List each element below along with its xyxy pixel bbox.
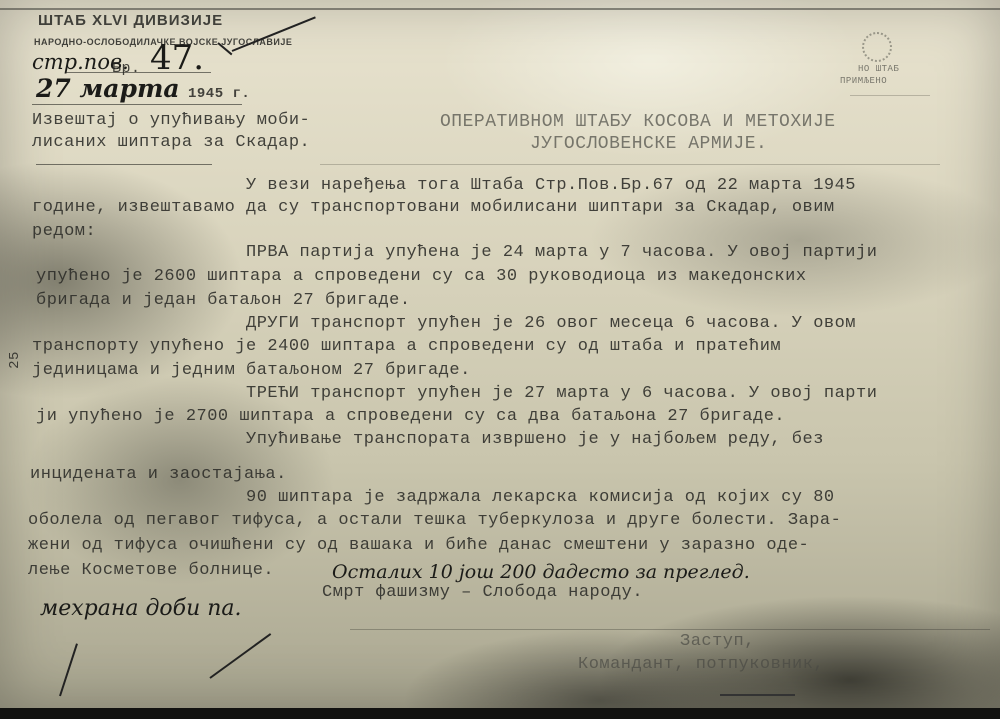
addressee-line-2: ЈУГОСЛОВЕНСКЕ АРМИЈЕ. (530, 134, 767, 154)
closing-slogan: Смрт фашизму – Слобода народу. (322, 583, 643, 602)
margin-number: 25 (7, 351, 23, 369)
body-line-17: лење Косметове болнице. (28, 561, 274, 580)
divider-left (36, 164, 212, 165)
image-bottom-edge (0, 708, 1000, 719)
stamp-seal (862, 32, 892, 62)
closing-salutation: Заступ, (680, 632, 755, 651)
document-page: ШТАБ XLVI ДИВИЗИЈЕ НАРОДНО-ОСЛОБОДИЛАЧКЕ… (0, 0, 1000, 708)
body-line-11: ји упућено је 2700 шиптара а спроведени … (36, 407, 785, 426)
stamp-underline (850, 95, 930, 96)
body-line-10: ТРЕЋИ транспорт упућен је 27 марта у 6 ч… (246, 384, 877, 403)
body-line-7: ДРУГИ транспорт упућен је 26 овог месеца… (246, 314, 856, 333)
handwritten-note-line-2: мехрана доби па. (40, 596, 242, 621)
body-line-5: упућено је 2600 шиптара а спроведени су … (36, 267, 807, 286)
divider-right (320, 164, 940, 165)
org-line-1: ШТАБ XLVI ДИВИЗИЈЕ (38, 12, 223, 29)
body-line-2: године, извештавамо да су транспортовани… (32, 198, 835, 217)
closing-divider (350, 629, 990, 630)
date-underline (32, 104, 242, 105)
top-rule (0, 8, 1000, 10)
subject-line-2: лисаних шиптара за Скадар. (32, 133, 310, 152)
pen-stroke-1 (59, 643, 78, 696)
handwritten-note-line-1: Осталих 10 још 200 дадесто за преглед. (332, 561, 750, 583)
signature-stroke (720, 694, 795, 696)
signature-title: Командант, потпуковник, (578, 655, 824, 674)
pen-stroke-2 (209, 633, 271, 679)
stamp-line-2: ПРИМЉЕНО (840, 76, 887, 86)
body-line-13: инцидената и заостајања. (30, 465, 287, 484)
stamp-line-1: НО ШТАБ (858, 64, 899, 74)
subject-line-1: Извештај о упућивању моби- (32, 111, 310, 130)
addressee-line-1: ОПЕРАТИВНОМ ШТАБУ КОСОВА И МЕТОХИЈЕ (440, 112, 836, 132)
body-line-3: редом: (32, 222, 96, 241)
body-line-16: жени од тифуса очишћени су од вашака и б… (28, 536, 809, 555)
date-handwritten: 27 марта (36, 74, 180, 103)
body-line-1: У вези наређења тога Штаба Стр.Пов.Бр.67… (246, 176, 856, 195)
body-line-15: оболела од пегавог тифуса, а остали тешк… (28, 511, 841, 530)
body-line-6: бригада и један батаљон 27 бригаде. (36, 291, 411, 310)
body-line-4: ПРВА партија упућена је 24 марта у 7 час… (246, 243, 877, 262)
body-line-12: Упућивање транспората извршено је у најб… (246, 430, 824, 449)
date-year: 1945 г. (188, 86, 250, 102)
body-line-9: јединицама и једним батаљоном 27 бригаде… (32, 361, 471, 380)
body-line-14: 90 шиптара је задржала лекарска комисија… (246, 488, 835, 507)
ref-underline (66, 72, 211, 73)
body-line-8: транспорту упућено је 2400 шиптара а спр… (32, 337, 781, 356)
